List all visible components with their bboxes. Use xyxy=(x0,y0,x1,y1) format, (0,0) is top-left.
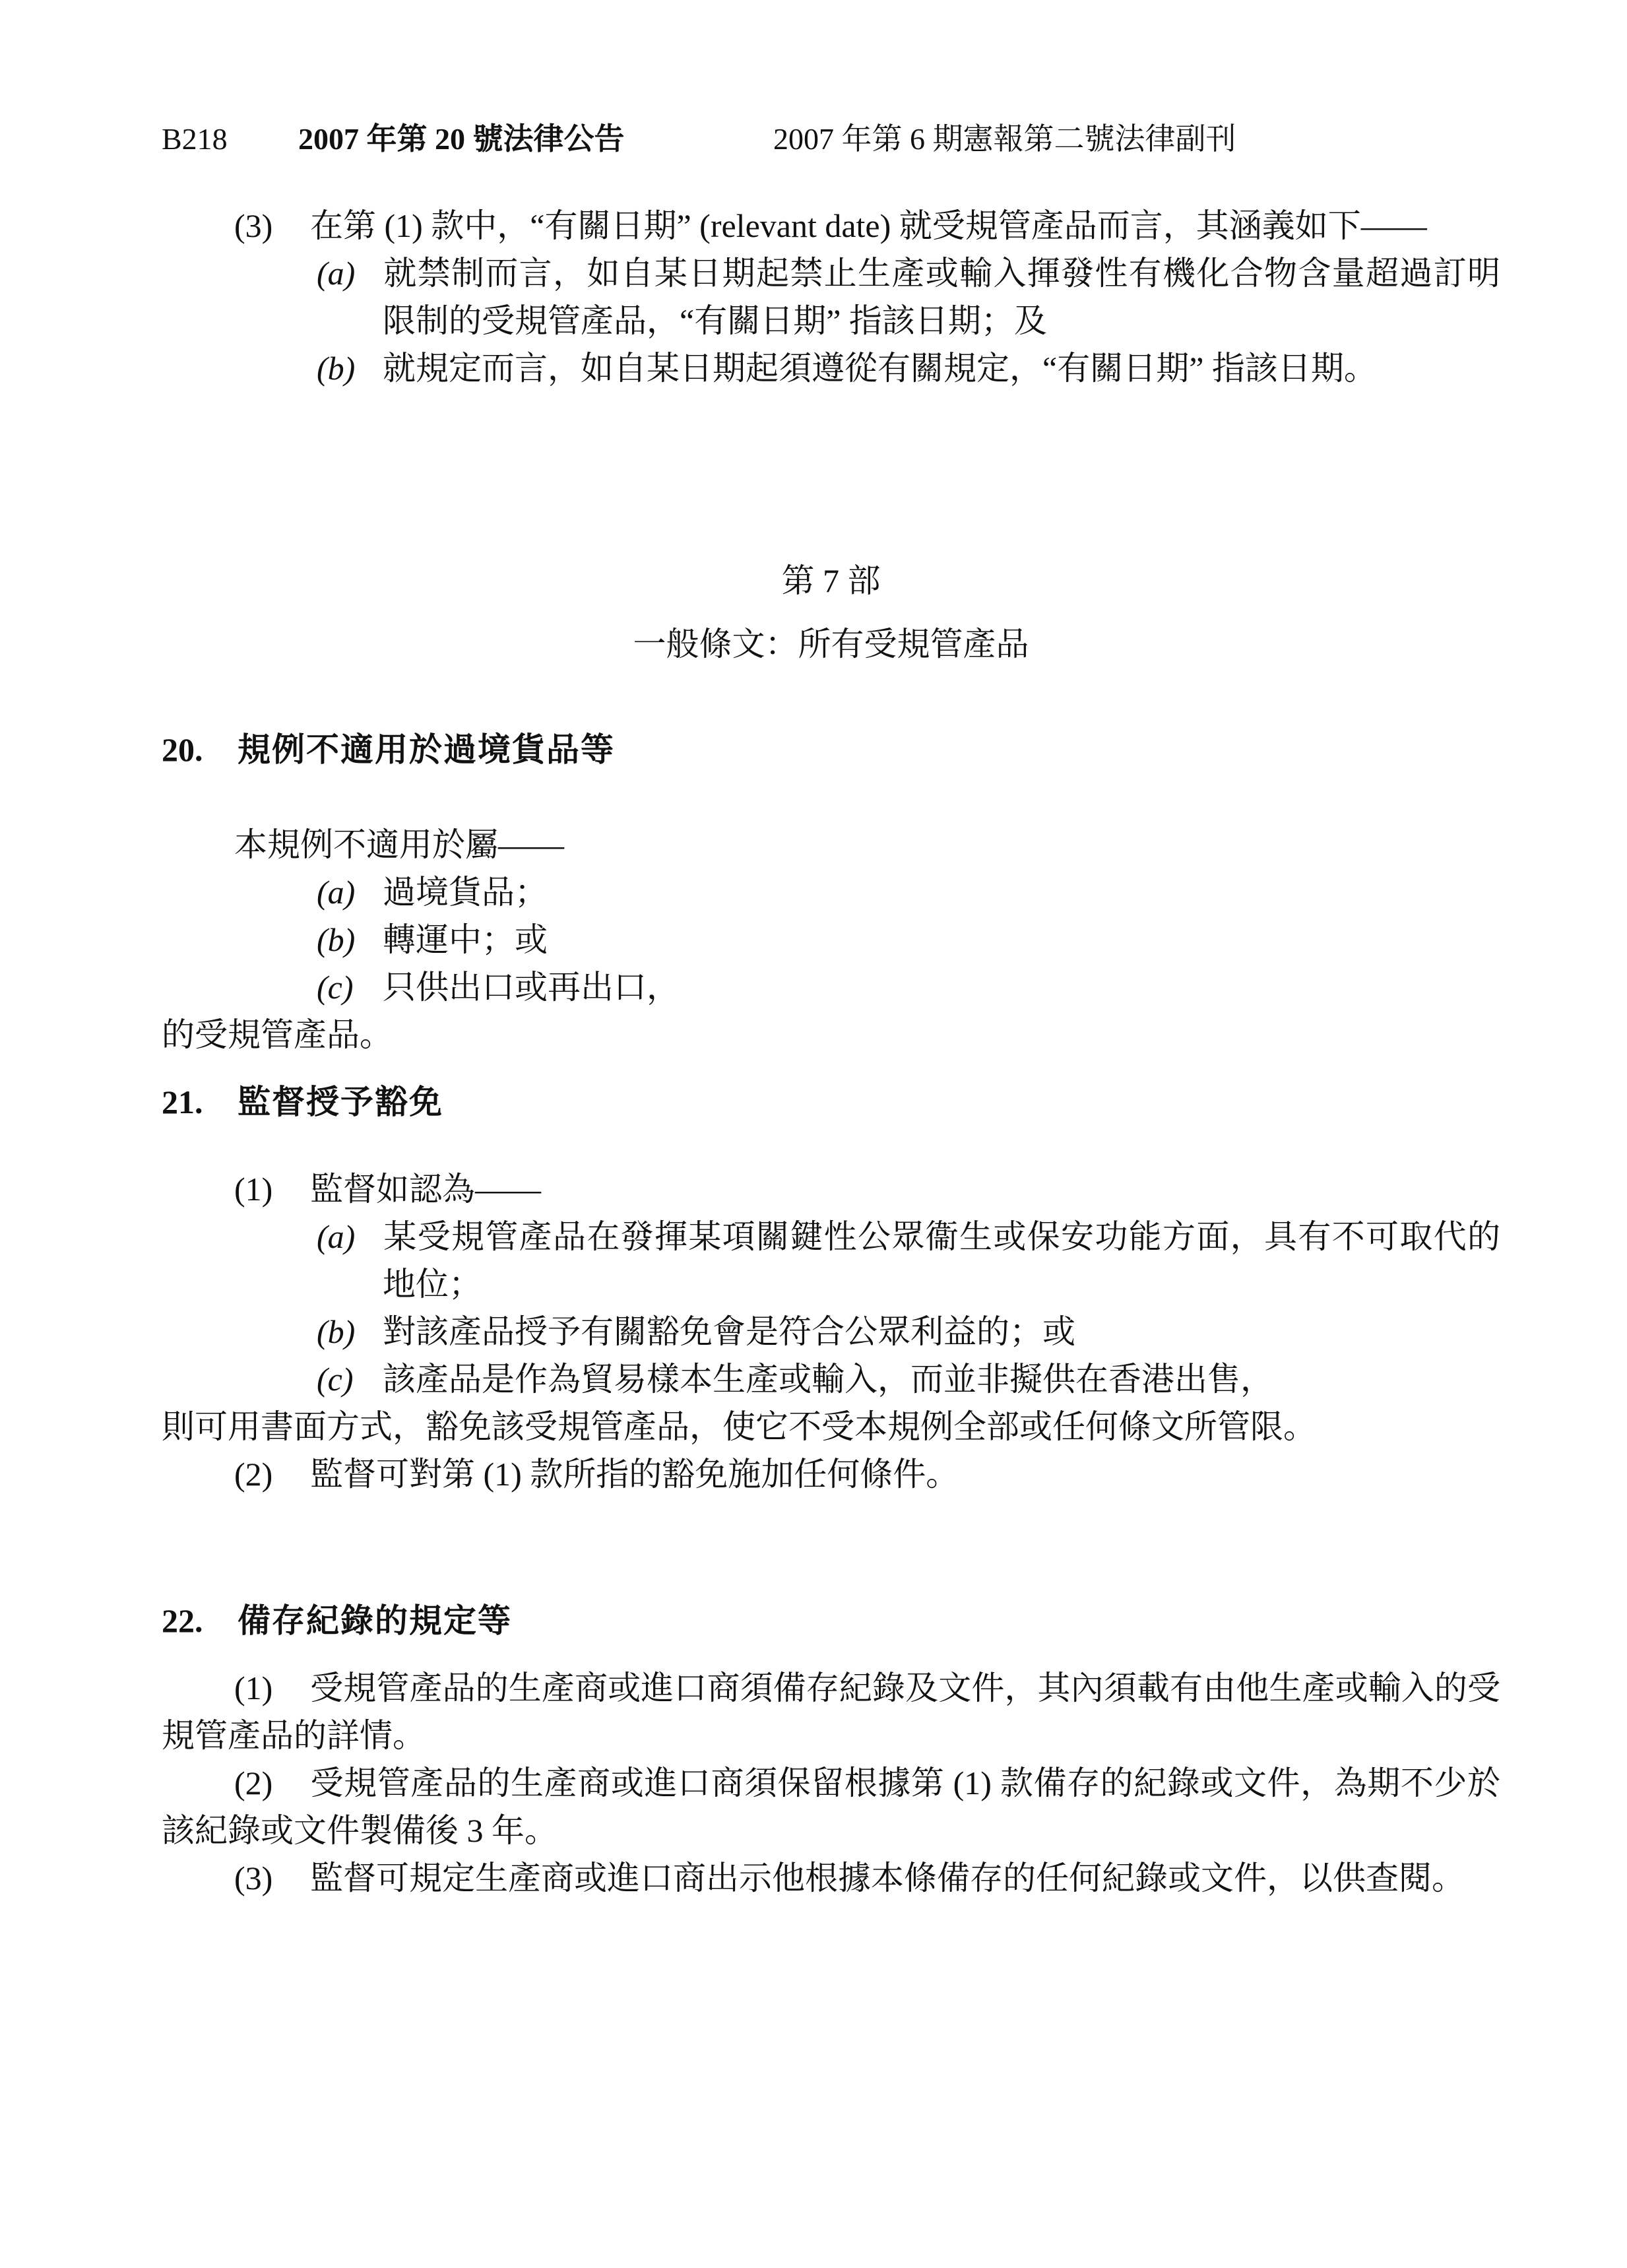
clause-3: (3)在第 (1) 款中，“有關日期” (relevant date) 就受規管… xyxy=(162,202,1500,249)
gazette-issue-title: 2007 年第 6 期憲報第二號法律副刊 xyxy=(773,119,1236,160)
item-b-text: 就規定而言，如自某日期起須遵從有關規定，“有關日期” 指該日期。 xyxy=(383,350,1377,387)
section-20-item-b: (b)轉運中；或 xyxy=(383,916,1500,963)
clause-3-item-b: (b)就規定而言，如自某日期起須遵從有關規定，“有關日期” 指該日期。 xyxy=(383,344,1500,392)
section-21-clause-1: (1)監督如認為—— xyxy=(162,1165,1500,1213)
section-20-item-c: (c)只供出口或再出口， xyxy=(383,963,1500,1011)
item-c-marker: (c) xyxy=(317,963,383,1011)
section-21-number: 21. xyxy=(162,1078,238,1126)
clause-3-item-a: (a)就禁制而言，如自某日期起禁止生產或輸入揮發性有機化合物含量超過訂明限制的受… xyxy=(383,249,1500,344)
section-21-closing: 則可用書面方式，豁免該受規管產品，使它不受本規例全部或任何條文所管限。 xyxy=(162,1403,1500,1450)
item-a-marker: (a) xyxy=(317,868,383,916)
part-7-label: 第 7 部 xyxy=(162,557,1500,604)
clause-3-text: 在第 (1) 款中，“有關日期” (relevant date) 就受規管產品而… xyxy=(310,207,1427,244)
section-20-item-a: (a)過境貨品； xyxy=(383,868,1500,916)
gazette-notice-title: 2007 年第 20 號法律公告 xyxy=(298,119,625,160)
section-22-heading: 22.備存紀錄的規定等 xyxy=(162,1597,1500,1644)
section-20-intro: 本規例不適用於屬—— xyxy=(162,821,1500,868)
clause-2-text: 監督可對第 (1) 款所指的豁免施加任何條件。 xyxy=(310,1456,959,1493)
clause-3-text: 監督可規定生產商或進口商出示他根據本條備存的任何紀錄或文件，以供查閱。 xyxy=(310,1860,1465,1896)
section-22-clause-1: (1)受規管產品的生產商或進口商須備存紀錄及文件，其內須載有由他生產或輸入的受規… xyxy=(162,1664,1500,1759)
item-a-marker: (a) xyxy=(317,1213,383,1260)
section-20-intro-text: 本規例不適用於屬—— xyxy=(234,826,564,863)
clause-1-marker: (1) xyxy=(234,1165,310,1213)
clause-3-marker: (3) xyxy=(234,1854,310,1902)
section-22-number: 22. xyxy=(162,1597,238,1644)
clause-2-marker: (2) xyxy=(234,1450,310,1498)
clause-1-text: 監督如認為—— xyxy=(310,1171,541,1208)
section-21-title: 監督授予豁免 xyxy=(238,1084,443,1120)
item-b-marker: (b) xyxy=(317,916,383,963)
section-20-closing: 的受規管產品。 xyxy=(162,1011,1500,1058)
section-21-item-b: (b)對該產品授予有關豁免會是符合公眾利益的；或 xyxy=(383,1308,1500,1355)
section-21-item-c: (c)該產品是作為貿易樣本生產或輸入，而並非擬供在香港出售， xyxy=(383,1355,1500,1403)
page-number: B218 xyxy=(162,119,228,160)
item-b-marker: (b) xyxy=(317,344,383,392)
section-21-clause-2: (2)監督可對第 (1) 款所指的豁免施加任何條件。 xyxy=(162,1450,1500,1498)
section-20-number: 20. xyxy=(162,726,238,773)
section-21-heading: 21.監督授予豁免 xyxy=(162,1078,1500,1126)
item-c-marker: (c) xyxy=(317,1355,383,1403)
section-20-heading: 20.規例不適用於過境貨品等 xyxy=(162,726,1500,773)
item-a-text: 過境貨品； xyxy=(383,874,548,911)
item-c-text: 該產品是作為貿易樣本生產或輸入，而並非擬供在香港出售， xyxy=(383,1361,1273,1398)
section-22-clause-2: (2)受規管產品的生產商或進口商須保留根據第 (1) 款備存的紀錄或文件，為期不… xyxy=(162,1759,1500,1854)
item-b-text: 對該產品授予有關豁免會是符合公眾利益的；或 xyxy=(383,1313,1075,1350)
clause-3-marker: (3) xyxy=(234,202,310,249)
item-a-text: 就禁制而言，如自某日期起禁止生產或輸入揮發性有機化合物含量超過訂明限制的受規管產… xyxy=(383,255,1500,339)
part-7-title: 一般條文：所有受規管產品 xyxy=(162,620,1500,668)
clause-2-marker: (2) xyxy=(234,1759,310,1807)
clause-1-text: 受規管產品的生產商或進口商須備存紀錄及文件，其內須載有由他生產或輸入的受規管產品… xyxy=(162,1669,1500,1754)
clause-1-marker: (1) xyxy=(234,1664,310,1712)
section-20-title: 規例不適用於過境貨品等 xyxy=(238,731,615,768)
section-21-item-a: (a)某受規管產品在發揮某項關鍵性公眾衞生或保安功能方面，具有不可取代的地位； xyxy=(383,1213,1500,1308)
section-22-clause-3: (3)監督可規定生產商或進口商出示他根據本條備存的任何紀錄或文件，以供查閱。 xyxy=(162,1854,1500,1902)
page-header: B218 2007 年第 20 號法律公告 2007 年第 6 期憲報第二號法律… xyxy=(162,119,1500,160)
clause-2-text: 受規管產品的生產商或進口商須保留根據第 (1) 款備存的紀錄或文件，為期不少於該… xyxy=(162,1765,1500,1849)
section-22-title: 備存紀錄的規定等 xyxy=(238,1602,512,1639)
item-b-marker: (b) xyxy=(317,1308,383,1355)
gazette-page: B218 2007 年第 20 號法律公告 2007 年第 6 期憲報第二號法律… xyxy=(0,0,1627,2268)
item-b-text: 轉運中；或 xyxy=(383,921,548,958)
item-a-marker: (a) xyxy=(317,249,383,297)
item-a-text: 某受規管產品在發揮某項關鍵性公眾衞生或保安功能方面，具有不可取代的地位； xyxy=(383,1218,1500,1303)
item-c-text: 只供出口或再出口， xyxy=(383,969,680,1006)
